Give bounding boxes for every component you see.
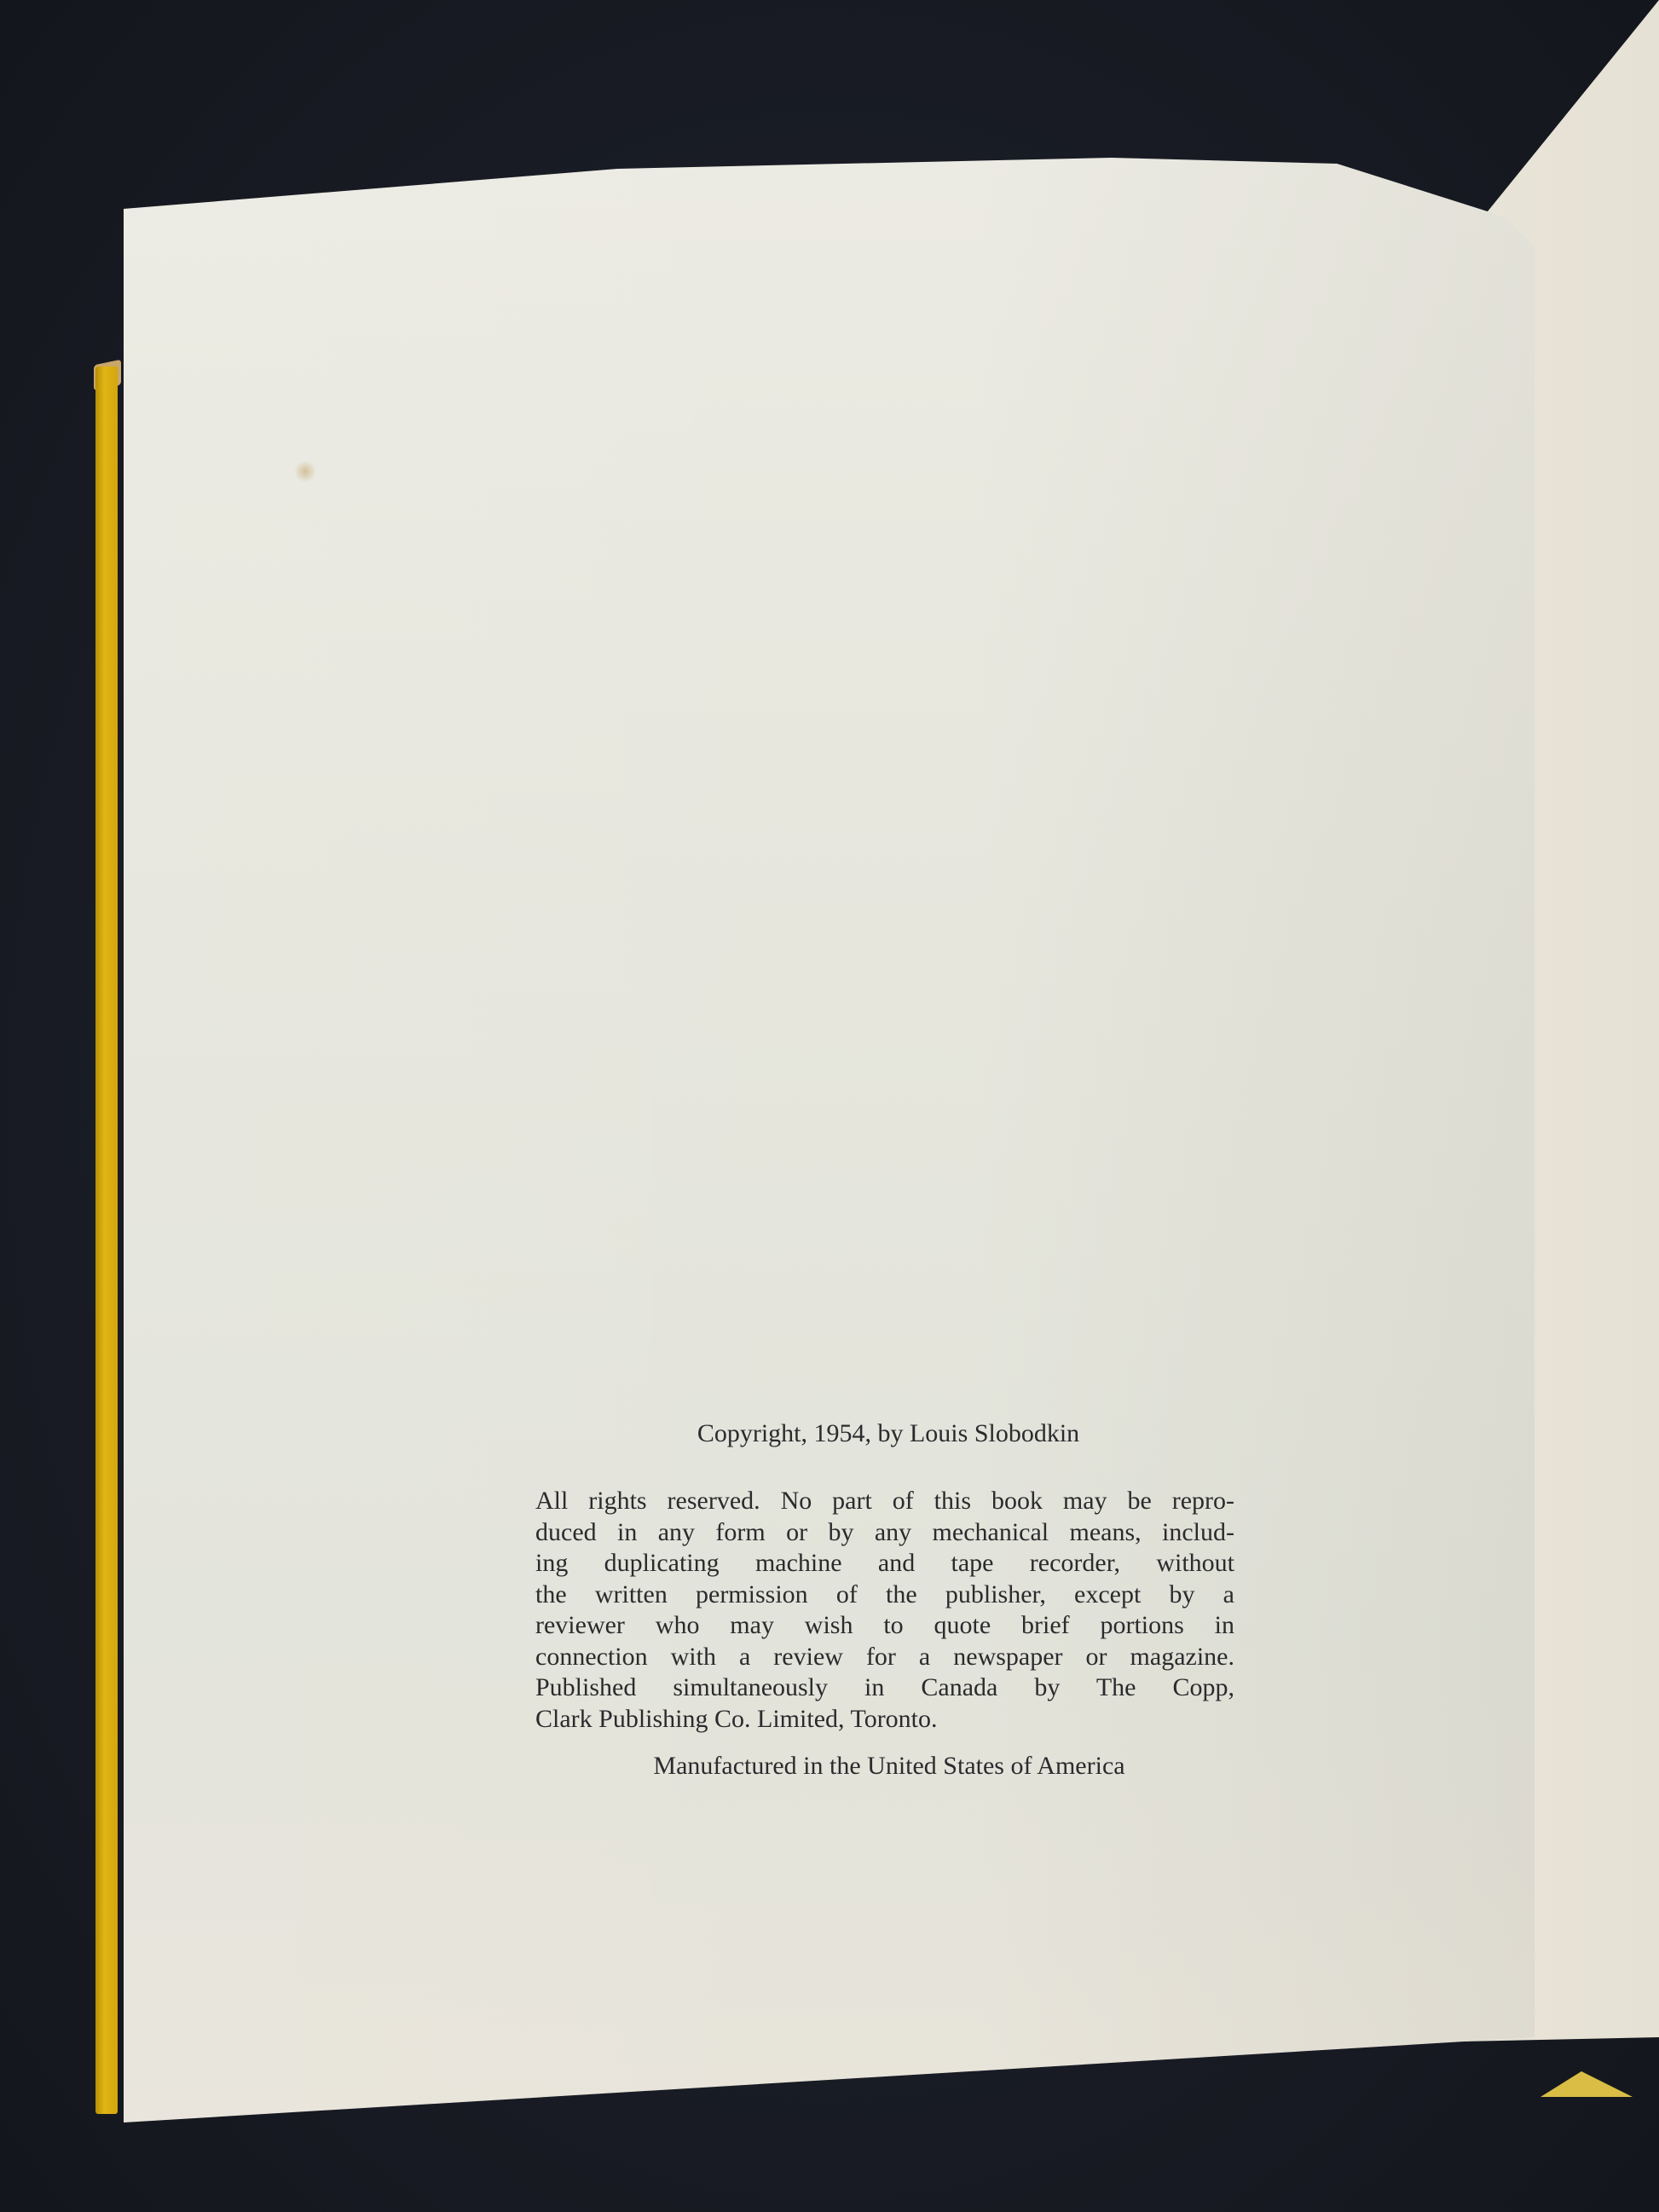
- page-shading: [124, 153, 1535, 2122]
- rights-reserved-paragraph: All rights reserved. No part of this boo…: [535, 1486, 1234, 1735]
- rights-line: ing duplicating machine and tape recorde…: [535, 1548, 1234, 1580]
- yellow-book-cover-edge: [95, 367, 118, 2114]
- rights-line: reviewer who may wish to quote brief por…: [535, 1610, 1234, 1642]
- rights-line: Clark Publishing Co. Limited, Toronto.: [535, 1704, 1234, 1736]
- rights-line: duced in any form or by any mechanical m…: [535, 1517, 1234, 1549]
- manufactured-notice: Manufactured in the United States of Ame…: [535, 1752, 1234, 1781]
- copyright-page: [124, 153, 1535, 2122]
- rights-line: All rights reserved. No part of this boo…: [535, 1486, 1234, 1517]
- paper-stain: [294, 460, 316, 482]
- copyright-block: Copyright, 1954, by Louis Slobodkin All …: [535, 1419, 1234, 1806]
- copyright-notice: Copyright, 1954, by Louis Slobodkin: [535, 1419, 1234, 1448]
- rights-line: connection with a review for a newspaper…: [535, 1642, 1234, 1673]
- rights-line: Published simultaneously in Canada by Th…: [535, 1672, 1234, 1704]
- rights-line: the written permission of the publisher,…: [535, 1580, 1234, 1611]
